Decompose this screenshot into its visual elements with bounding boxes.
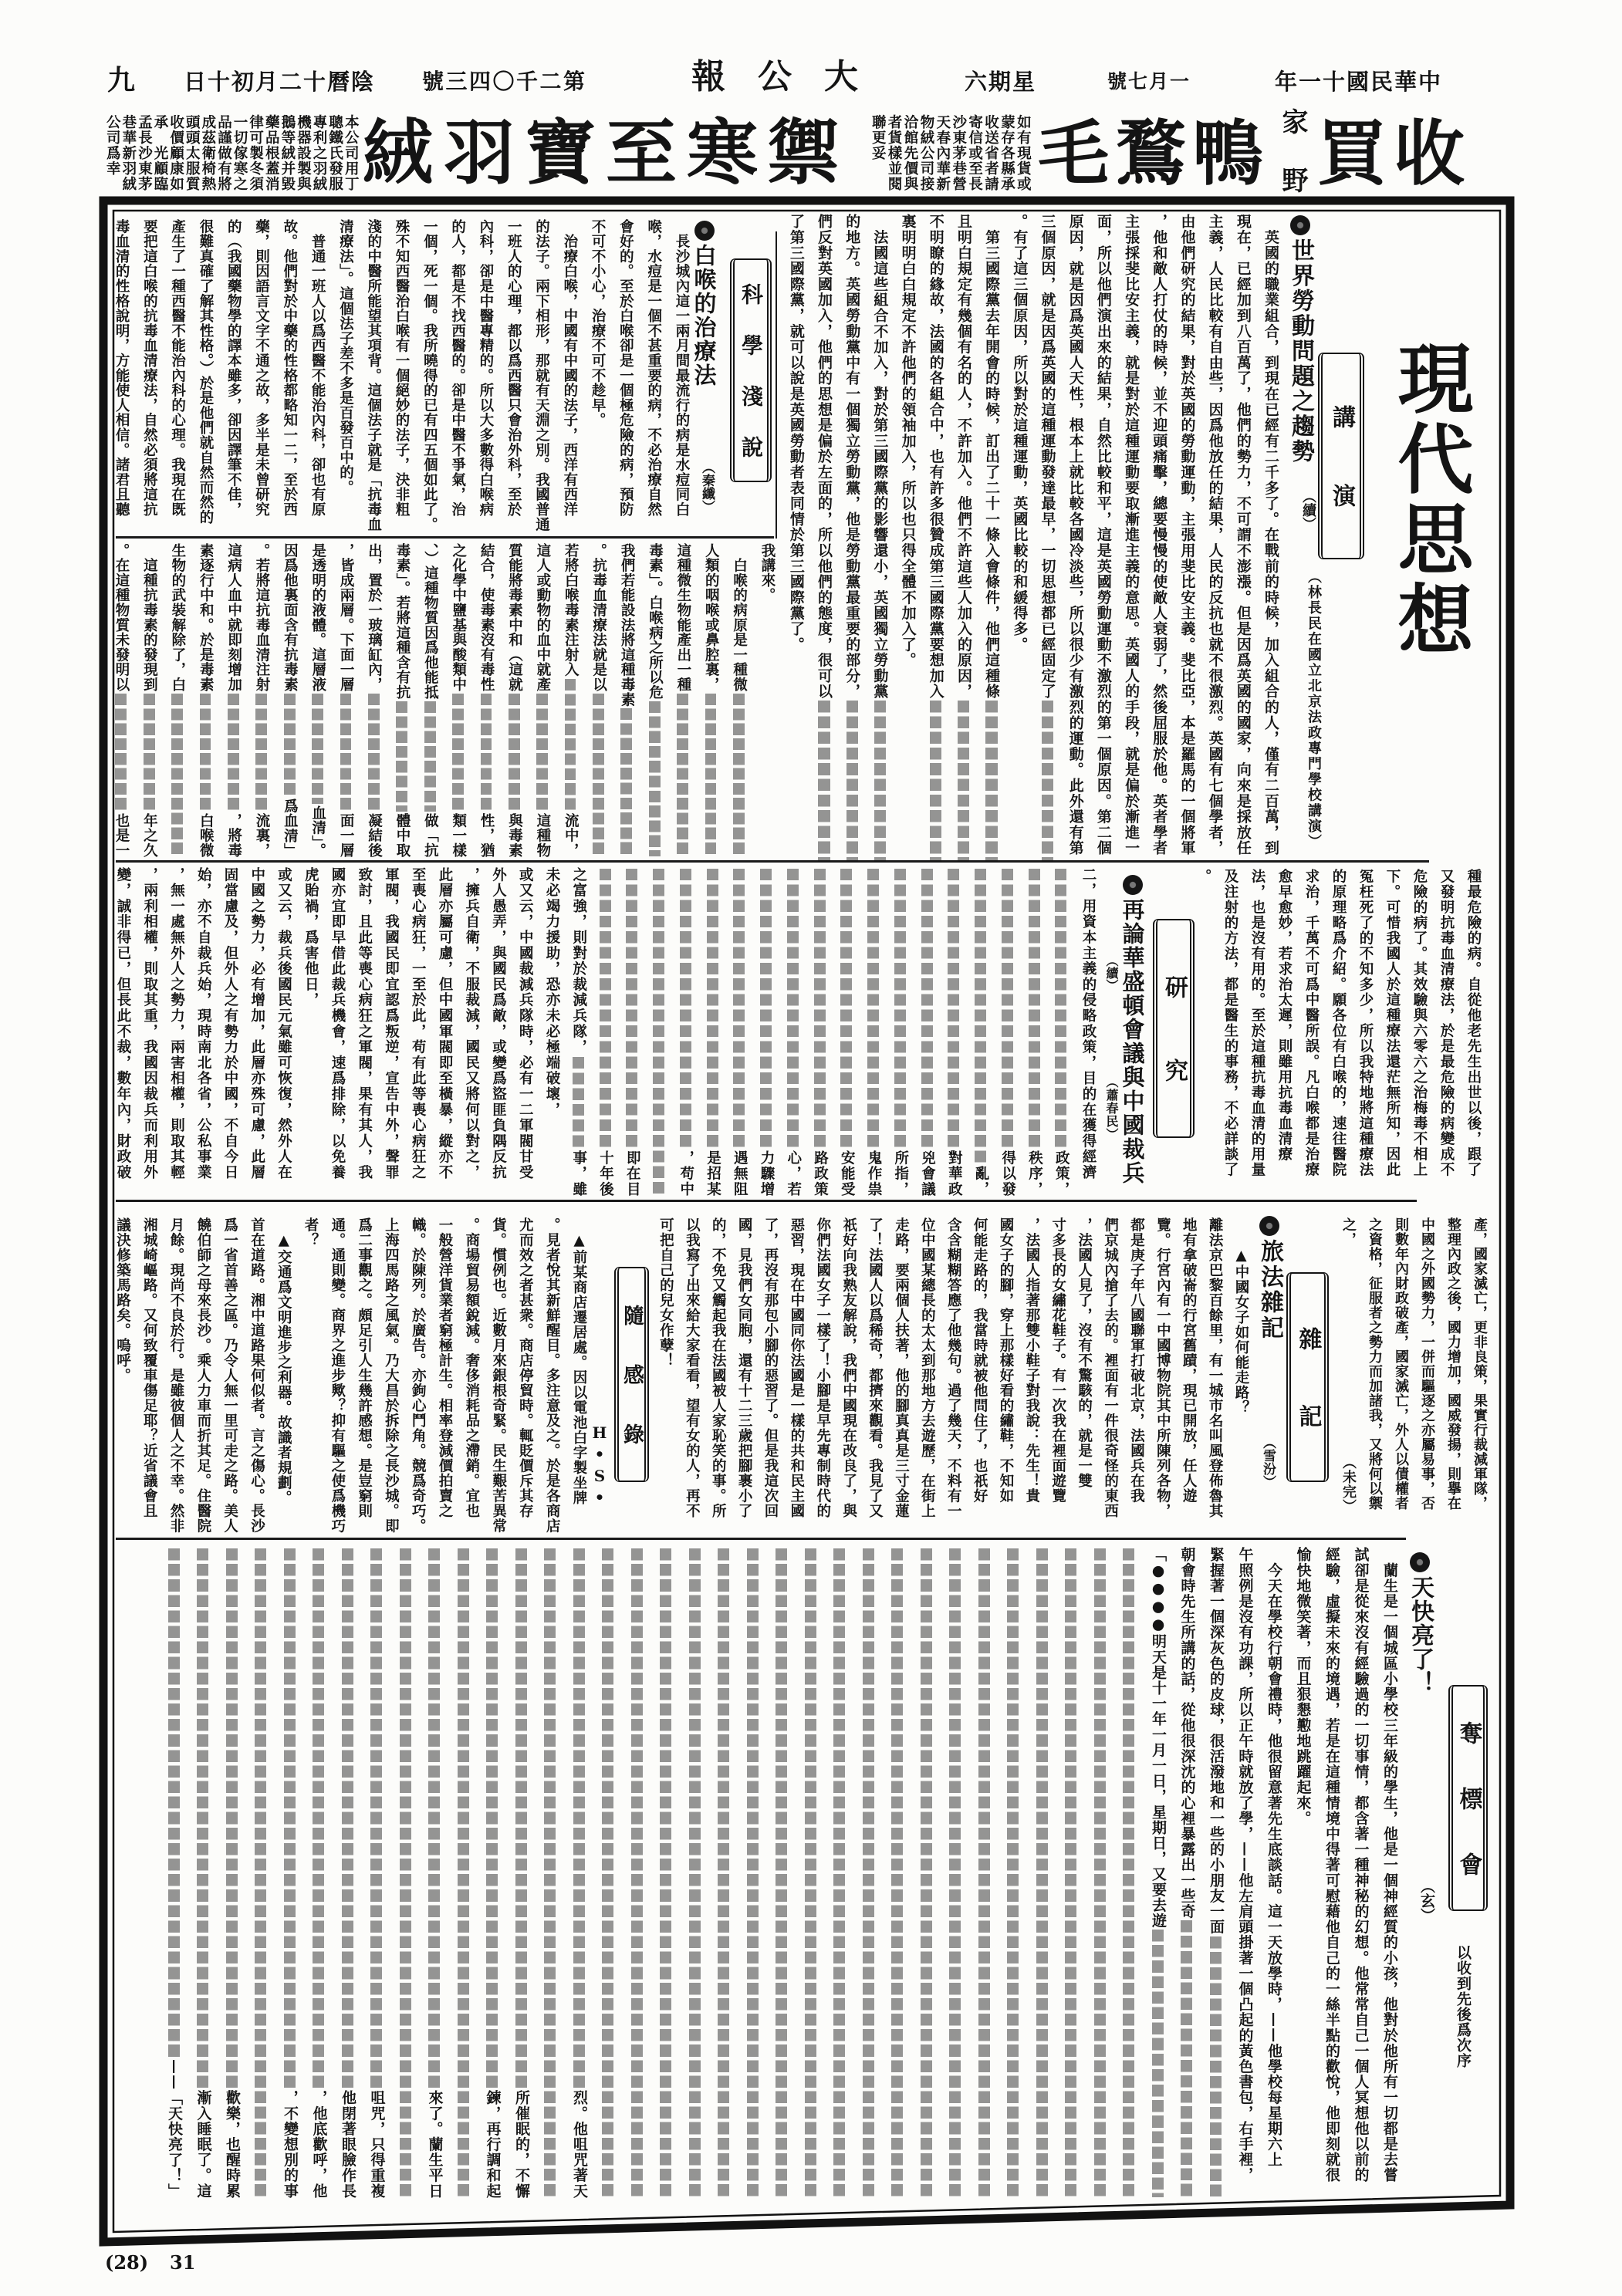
illegible-text-texture	[921, 1548, 932, 2197]
text-column: 的地方。英國勞動黨中有一個獨立勞動黨，他是勞動黨最重要的部分，	[838, 214, 866, 863]
newspaper-page: 九 陰曆十二月初十日 第二千〇四三號 大公報 星期六 一月七號 中華民國十一年 …	[0, 0, 1622, 2296]
illegible-text-texture	[863, 1548, 874, 2197]
column-bottom-text: ，不變想別的事	[275, 2090, 305, 2199]
column-bottom-text: 來了。蘭生平日	[420, 2090, 449, 2199]
illegible-text-texture	[284, 694, 296, 797]
text-column: 。在這種物質未發明以也是一	[107, 543, 135, 858]
column-text: 原因，就是因爲英國人天性，根本上就比較各國冷淡些，所以很少有激烈的運動。此外還有…	[1062, 214, 1090, 856]
section-tag-miscellany: 雜記	[1286, 1272, 1329, 1482]
illegible-text-texture	[626, 869, 637, 1149]
text-column: 我們若能設法將這種毒素	[613, 543, 640, 858]
column-text: 貨。慣例也。近數月來銀根奇緊。民生艱苦異常	[485, 1217, 512, 1534]
contest-body: 蘭生是一個城區小學校三年級的學生，他是一個神經質的小孩，他對於他所有一切都是去嘗…	[160, 1547, 1404, 2199]
text-column: 惡習，現在中國同你法國是一樣的共和民主國	[783, 1217, 809, 1535]
illegible-text-texture	[544, 1548, 556, 2197]
footer-page-number: 31	[170, 2251, 195, 2274]
text-column: 。抗毒血清療法就是以	[584, 543, 612, 858]
text-column	[796, 1547, 826, 2199]
column-text: 喉，水痘是一個不甚重要的病，不必治療自然	[639, 219, 667, 517]
column-text: 的（我國藥物學的譯本雖多，卻因譯筆不佳，	[219, 219, 247, 517]
column-bottom-text: 凝結後	[360, 813, 387, 858]
headline-text: 旅法雜記	[1252, 1239, 1286, 1341]
column-text: 之富強，則對於裁減兵隊，	[565, 867, 592, 1055]
column-text: 一般營洋貨業者窮極計生。相率登減價拍賣之	[431, 1217, 458, 1518]
text-column: 的原理略爲介紹。願各位有白喉的，速往醫院	[1325, 869, 1352, 1191]
column-bottom-text: 秩序，	[1021, 1150, 1048, 1197]
illegible-text-texture	[255, 1548, 266, 2197]
text-column: 亂，	[967, 867, 994, 1197]
column-bottom-text: 兇會議	[914, 1150, 941, 1197]
section-tag-label: 研究	[1157, 915, 1191, 1142]
column-text: 變，誠非得已，但長此不裁，數年內，財政破	[109, 867, 136, 1180]
text-column: 。見者悅其新鮮醒目。多注意及之。於是各商店	[538, 1217, 565, 1535]
illegible-text-texture	[776, 1548, 787, 2197]
illegible-text-texture	[342, 1548, 353, 2088]
illegible-text-texture	[620, 708, 632, 856]
column-text: 毒素」。若將這種含有抗	[388, 543, 416, 700]
text-column: 一個，死一個。我所曉得的已有四五個如此了。	[415, 219, 443, 535]
text-column: 則數年內財政破產，國家滅亡，外人以債權者	[1387, 1217, 1414, 1514]
column-text: 軍閥，我國民即宜認爲叛逆，宣告中外，聲罪	[377, 867, 404, 1180]
illegible-text-texture	[958, 701, 969, 862]
text-column: 祇好向我熟友解說，我們中國現在改良了，與	[836, 1217, 862, 1535]
illegible-text-texture	[593, 694, 604, 856]
text-column: 或又云，裁兵後國民元氣雖可恢復，然外人在	[270, 867, 297, 1197]
byline: （秦纖）	[698, 461, 717, 513]
illegible-text-texture	[846, 701, 858, 862]
text-column: 含含糊糊答應了他幾句。過了幾天，不料有一	[940, 1217, 966, 1535]
text-column: 又發明抗毒血清療法，於是最危險的病變成不	[1433, 869, 1460, 1191]
text-column: 烈。他咀咒著天	[565, 1547, 594, 2199]
text-column: 且明白規定有幾個有名的人，不許加入。他們不許這些人加入的原因，	[950, 214, 978, 863]
author: （玄）	[1417, 1879, 1438, 1923]
illegible-text-texture	[707, 869, 718, 1149]
column-text: ▲交通爲文明進步之利器。故識者規劃。	[269, 1217, 296, 1505]
illegible-text-texture	[787, 869, 799, 1149]
column-text: 你們法國女子一樣了！小腳是早先專制時代的	[809, 1217, 836, 1518]
column-bottom-text: 體中取	[388, 813, 416, 858]
text-column	[593, 1547, 623, 2199]
text-column: 喉，水痘是一個不甚重要的病，不必治療自然	[639, 219, 667, 535]
column-bottom-text: （未完）	[1335, 1455, 1361, 1514]
text-column: 得以發	[994, 867, 1021, 1197]
illegible-text-texture	[600, 869, 611, 1149]
column-bottom-text: 鬼作祟	[860, 1150, 887, 1197]
illegible-text-texture	[313, 1548, 324, 2088]
illegible-text-texture	[1123, 1548, 1134, 2197]
column-text: 因爲他裏面含有抗毒素	[275, 543, 303, 692]
text-column	[854, 1547, 884, 2199]
text-column: 不明瞭的緣故，法國的各組合中，也有許多很贊成第三國際黨要想加入	[922, 214, 950, 863]
text-column: 爲二事觀之。頗足引人生幾許感想。是豈窮則	[350, 1217, 377, 1535]
illegible-text-texture	[660, 1548, 671, 2197]
section-bullet-icon	[1259, 1216, 1279, 1236]
column-text: 法，也是沒有用的。至於這種抗毒血清的用量	[1244, 869, 1271, 1177]
column-text: 固當慮及，但外人之有勢力於中國，不自今日	[216, 867, 243, 1180]
illegible-text-texture	[1181, 1920, 1192, 2197]
text-column: 寸多長的女繡花鞋子。有一次我在裡面遊覽	[1045, 1217, 1071, 1535]
text-column	[999, 1547, 1028, 2199]
text-column: 午照例是沒有功課，所以正午時就放了學，——他左肩頭掛著一個凸起的黃色書包，右手裡…	[1230, 1547, 1259, 2199]
column-text: 。在這種物質未發明以	[107, 543, 135, 692]
text-column	[391, 1547, 421, 2199]
text-column: 覽。行宮內有一中國博物院其中所陳列各物，	[1149, 1217, 1175, 1535]
text-column: ，無一處無外人之勢力，兩害相權，則取其輕	[163, 867, 190, 1197]
illegible-text-texture	[985, 701, 997, 862]
text-column: 產，國家滅亡，更非良策，果實行裁減軍隊，	[1466, 1217, 1492, 1514]
column-text: 結合，使毒素沒有毒性	[472, 543, 500, 692]
text-column: 國女子的腳，穿上那樣好看的繡鞋，不知如	[992, 1217, 1019, 1535]
column-text: 今天在學校行朝會禮時，他很留意著先生底談話。這一天放學時，——他學校每星期六上	[1259, 1547, 1289, 2167]
text-column: 之資格，征服者之勢力而加諸我，又將何以禦	[1361, 1217, 1387, 1514]
column-text: 幟。於陳列。於廣告。亦鉤心鬥角。競爲奇巧。	[404, 1217, 431, 1534]
text-column: 一般營洋貨業者窮極計生。相率登減價拍賣之	[431, 1217, 458, 1535]
headline-text: 再論華盛頓會議與中國裁兵	[1117, 898, 1149, 1185]
text-column: 毒素」。若將這種含有抗體中取	[388, 543, 416, 858]
text-column: 這病人血中就即刻增加，將毒	[219, 543, 247, 858]
column-text: 。商場貿易額銳減。奢侈消耗品之滯銷。宜也	[458, 1217, 485, 1518]
column-text: 未必竭力援助，恐亦未必極端破壞，	[538, 867, 565, 1118]
column-text: 素逐行中和。於是毒素	[191, 543, 219, 692]
illegible-text-texture	[867, 869, 879, 1149]
section-bullet-icon	[1410, 1552, 1430, 1572]
column-text: 若將白喉毒素注射入	[556, 543, 584, 677]
science-body-tier-b: 我講來。 白喉的病原是一種微人類的咽喉或鼻腔裏，這種微生物能產出一種毒素」。白喉…	[106, 543, 781, 858]
illegible-text-texture	[948, 869, 959, 1149]
illegible-text-texture	[255, 694, 267, 812]
section-bullet-icon	[1290, 215, 1310, 235]
column-text: 爲二事觀之。頗足引人生幾許感想。是豈窮則	[350, 1217, 377, 1518]
column-text: 這種抗毒素的發現到	[135, 543, 163, 692]
column-text: 或又云，裁兵後國民元氣雖可恢復，然外人在	[270, 867, 297, 1180]
text-column: 兇會議	[914, 867, 941, 1197]
text-column: 路政策	[806, 867, 833, 1197]
column-text: 覽。行宮內有一中國博物院其中所陳列各物，	[1149, 1217, 1175, 1518]
column-text: 愈早愈妙，若求治太遲，則雖用抗毒血清療	[1271, 869, 1298, 1162]
column-text: 毒素」。白喉病之所以危	[640, 543, 668, 700]
text-column: 遇無阻	[726, 867, 753, 1197]
section-tag-label: 雜記	[1291, 1273, 1325, 1481]
column-text: 清療法」。這個法子差不多是百發百中的。	[331, 219, 359, 495]
text-column: 因爲他裏面含有抗毒素爲血清」	[275, 543, 303, 858]
column-text: 離法京巴黎百餘里，有一城市名叫風登佈魯其	[1201, 1217, 1228, 1518]
text-column: 來了。蘭生平日	[420, 1547, 449, 2199]
illegible-text-texture	[284, 1548, 296, 2088]
text-column: 產生了一種西醫不能治內科的心理。我現在既	[163, 219, 191, 535]
column-text: 我們若能設法將這種毒素	[613, 543, 640, 707]
text-column: 月餘。現尚不良於行。是雖彼個人之不幸。然非	[162, 1217, 189, 1535]
column-bottom-text: ，他底歡呼，他	[304, 2090, 333, 2199]
text-column: 治療白喉，中國有中國的法子，西洋有西洋	[556, 219, 583, 535]
column-bottom-text: 十年後	[592, 1150, 619, 1197]
column-text: 我講來。	[753, 543, 781, 603]
text-column: 人類的咽喉或鼻腔裏，	[697, 543, 725, 858]
text-column: 歡樂，也醒時累	[218, 1547, 247, 2199]
text-column: ▲前某商店遷居處。因以電池白字製坐牌	[565, 1217, 592, 1535]
column-text: 走路，要兩個人扶著，他的腳真真是三寸金蓮	[888, 1217, 914, 1518]
tier-rule	[116, 1200, 1417, 1202]
column-text: 爲一省首善之區。乃令人無一里可走之路。美人	[216, 1217, 243, 1534]
text-column: 變，誠非得已，但長此不裁，數年內，財政破	[109, 867, 136, 1197]
text-column: 的人，都是不找西醫的。卻是中醫不爭氣，治	[443, 219, 471, 535]
column-text: ▲中國女子如何能走路？	[1228, 1217, 1254, 1415]
column-text: 之資格，征服者之勢力而加諸我，又將何以禦	[1361, 1217, 1387, 1511]
illegible-text-texture	[733, 869, 745, 1149]
text-column: 至喪心病狂，一至於此，苟有此等喪心病狂之	[404, 867, 431, 1197]
column-text: 內科，卻是中醫專精的。所以大多數得白喉病	[471, 219, 499, 517]
column-text: 了第三國際黨，就可以說是英國勞動者表同情於第三國際黨了。	[782, 214, 810, 652]
column-text: 經驗，虛擬未來的境遇，若是在這種情境中得著可慰藉他自己的一絲半點的歡悅，他即刻就…	[1317, 1547, 1347, 2183]
column-text: 第三國際黨去年開會的時候，訂出了二十一條入會條件，他們這種條	[978, 214, 1005, 699]
column-text: 不可不小心，治療不可不趁早。	[583, 219, 611, 427]
illegible-text-texture	[1036, 1548, 1048, 2197]
column-text: 很難真確了解其性格。）於是他們就自然而然的	[191, 219, 219, 525]
column-text: 不明瞭的緣故，法國的各組合中，也有許多很贊成第三國際黨要想加入	[922, 214, 950, 699]
illegible-text-texture	[370, 1548, 382, 2088]
text-column: 主張採斐比安主義，就是對於這種運動要取漸進主義的意思。英國人的手段，就是偏於漸進…	[1117, 214, 1145, 863]
column-text: 下。可惜我國人於這種療法還茫無所知，因此	[1379, 869, 1406, 1177]
section-tag-label: 講演	[1324, 349, 1358, 562]
text-column: 白喉的病原是一種微	[725, 543, 752, 858]
text-column: 我講來。	[753, 543, 781, 858]
text-column: 素逐行中和。於是毒素白喉微	[191, 543, 219, 858]
column-text: 普通一班人以爲西醫不能治內科，卻也有原	[303, 219, 331, 517]
text-column: 固當慮及，但外人之有勢力於中國，不自今日	[216, 867, 243, 1197]
column-bottom-text: 流裏，	[248, 813, 275, 858]
text-column: 緊握著一個深灰色的皮球，很活潑地和一些的小朋友一面	[1201, 1547, 1231, 2199]
text-column: 們反對英國加入，他們的思想是偏於左面的，所以他們的態度，很可以	[810, 214, 838, 863]
illegible-text-texture	[515, 1548, 527, 2088]
column-text: 毒血清的性格說明，方能使人相信。諸君且聽	[107, 219, 135, 517]
illegible-text-texture	[631, 1548, 643, 2197]
column-text: 冤枉死了的不知多少，所以我特地將這種療法	[1352, 869, 1379, 1177]
column-text: 或又云，中國裁減兵隊時，必有一二軍閥甘受	[512, 867, 539, 1180]
illegible-text-texture	[760, 869, 772, 1149]
illegible-text-texture	[144, 694, 155, 812]
column-text: 致討，且此等喪心病狂之軍閥，果有其人，我	[350, 867, 377, 1180]
column-text: 。若將這抗毒血清注射	[248, 543, 275, 692]
column-text: 殊不知西醫治白喉有一個絕妙的法子，決非粗	[387, 219, 415, 517]
column-bottom-text: 血清」。	[303, 805, 331, 858]
column-text: 中國之外國勢力，一併而驅逐之亦屬易事，否	[1414, 1217, 1440, 1511]
section-tag-thoughts: 隨感錄	[614, 1267, 649, 1482]
illegible-text-texture	[400, 1548, 411, 2197]
illegible-text-texture	[975, 869, 986, 1164]
text-column: 很難真確了解其性格。）於是他們就自然而然的	[191, 219, 219, 535]
column-text: 。見者悅其新鮮醒目。多注意及之。於是各商店	[538, 1217, 565, 1534]
text-column: 所催眠的，不懈	[507, 1547, 536, 2199]
text-column: 他閉著眼臉作長	[333, 1547, 363, 2199]
text-column: 生物的武裝解除了，白	[163, 543, 191, 858]
illegible-text-texture	[428, 1548, 440, 2088]
text-column: 了！法國人以爲稀奇，都擠來觀看。我見了又	[862, 1217, 888, 1535]
text-column: 十年後	[592, 867, 619, 1197]
column-text: ▲前某商店遷居處。因以電池白字製坐牌	[565, 1217, 592, 1505]
text-column: 原因，就是因爲英國人天性，根本上就比較各國冷淡些，所以很少有激烈的運動。此外還有…	[1062, 214, 1090, 863]
illegible-text-texture	[1065, 1548, 1076, 2197]
column-text: 地有拿破崙的行宮舊蹟，現已開放，任人遊	[1175, 1217, 1201, 1504]
column-bottom-text: ，苟中	[672, 1150, 699, 1197]
text-column: 始，亦不自裁兵始，現時南北各省，公私事業	[190, 867, 217, 1197]
column-text: 生物的武裝解除了，白	[163, 543, 191, 692]
column-text: 的人，都是不找西醫的。卻是中醫不爭氣，治	[443, 219, 471, 517]
text-column: 蘭生是一個城區小學校三年級的學生，他是一個神經質的小孩，他對於他所有一切都是去嘗	[1375, 1547, 1404, 2199]
column-text: 危險的病了。其效驗與六零六之治梅毒不相上	[1406, 869, 1433, 1177]
text-column: 以我寫了出來給大家看看，望有女的人，再不	[678, 1217, 705, 1535]
byline: （林長民在國立北京法政專門學校講演）	[1303, 569, 1323, 850]
text-column: 的（我國藥物學的譯本雖多，卻因譯筆不佳，	[219, 219, 247, 535]
column-text: 月餘。現尚不良於行。是雖彼個人之不幸。然非	[162, 1217, 189, 1534]
text-column: ，不變想別的事	[275, 1547, 305, 2199]
column-bottom-text: 與毒素	[500, 813, 528, 858]
text-column: ▲中國女子如何能走路？	[1228, 1217, 1254, 1535]
text-column: 殊不知西醫治白喉有一個絕妙的法子，決非粗	[387, 219, 415, 535]
column-text: 種最危險的病。自從他老先生出世以後，跟了	[1460, 869, 1487, 1177]
text-column: 心，若	[779, 867, 806, 1197]
column-text: ，皆成兩層。下面一層	[332, 543, 360, 692]
text-column	[941, 1547, 970, 2199]
text-column: 結合，使毒素沒有毒性性，猶	[472, 543, 500, 858]
column-text: 、）這種物質因爲他能抵	[416, 543, 444, 700]
text-column	[651, 1547, 681, 2199]
column-bottom-text: 是招某	[699, 1150, 726, 1197]
column-text: 一班人的心理，都以爲西醫只會治外科，至於	[499, 219, 527, 517]
text-column: 秩序，	[1021, 867, 1048, 1197]
text-column: 整理內政之後，國力增加，國威發揚，則擧在	[1440, 1217, 1466, 1514]
illegible-text-texture	[1002, 869, 1013, 1149]
illegible-text-texture	[573, 1548, 585, 2088]
column-text: 的，不免又觸起我在法國被人家恥笑的事。所	[705, 1217, 731, 1518]
text-column: 主義，人民比較有自由些，因爲他放任的結果，人民的反抗也就不很激烈。英國有七個學者…	[1201, 214, 1228, 863]
text-column: 危險的病了。其效驗與六零六之治梅毒不相上	[1406, 869, 1433, 1191]
column-text: 產生了一種西醫不能治內科的心理。我現在既	[163, 219, 191, 517]
text-column: 鍊，再行調和起	[478, 1547, 507, 2199]
text-column: 毒血清的性格說明，方能使人相信。諸君且聽	[107, 219, 135, 535]
text-column: 爲一省首善之區。乃令人無一里可走之路。美人	[216, 1217, 243, 1535]
column-bottom-text: 咀咒，只得重複	[362, 2090, 391, 2199]
column-bottom-text: 性，猶	[472, 813, 500, 858]
column-text: ，法國人指著那雙小鞋子對我說：先生！貴	[1019, 1217, 1045, 1504]
text-column: 愉快地微笑著，而且狠懇懃地跳躍起來。	[1288, 1547, 1317, 2199]
illegible-text-texture	[1094, 1548, 1106, 2197]
column-text: 寸多長的女繡花鞋子。有一次我在裡面遊覽	[1045, 1217, 1071, 1504]
column-text: 中國之勢力，必有增加，此層亦殊可慮，此層	[243, 867, 270, 1180]
column-bottom-text: 安能受	[833, 1150, 860, 1197]
column-bottom-text: ——「天快亮了！」	[160, 2059, 189, 2199]
column-bottom-text: 得以發	[994, 1150, 1021, 1197]
text-column: 離法京巴黎百餘里，有一城市名叫風登佈魯其	[1201, 1217, 1228, 1535]
text-column	[709, 1547, 738, 2199]
text-column: 現在，已經加到八百萬了，他們的勢力，不可謂不澎漲。但是因爲英國的國家，向來是採放…	[1229, 214, 1257, 863]
column-bottom-text: 所催眠的，不懈	[507, 2090, 536, 2199]
text-column: 淺的中醫所能望其項背。這個法子就是「抗毒血	[359, 219, 387, 535]
research-body: 二，用資本主義的侵略政策，目的在獲得經濟政策，秩序，得以發亂，對華政兇會議所指，…	[109, 867, 1101, 1197]
text-column: 湘城崎嶇路。又何致覆車傷足耶？近省議會且	[135, 1217, 162, 1535]
illegible-text-texture	[424, 701, 436, 812]
text-column: 饒伯師之母來長沙。乘人力車而折其足。住醫院	[189, 1217, 216, 1535]
column-text: 英國的職業組合，到現在已經有二千多了。在戰前的時候，加入組合的人，僅有二百萬，到	[1257, 214, 1285, 856]
column-text: 以我寫了出來給大家看看，望有女的人，再不	[678, 1217, 705, 1518]
column-text: 面，所以他們演出來的結果，自然比較和平，這是英國勞動運動不激烈的第一個原因。第二…	[1090, 214, 1117, 856]
text-column	[1114, 1547, 1144, 2199]
text-column	[912, 1547, 941, 2199]
text-column: 了第三國際黨，就可以說是英國勞動者表同情於第三國際黨了。	[782, 214, 810, 863]
illegible-text-texture	[747, 1548, 759, 2197]
column-text: 惡習，現在中國同你法國是一樣的共和民主國	[783, 1217, 809, 1518]
text-column: 質能將毒素中和（這就與毒素	[500, 543, 528, 858]
text-column: 毒素」。白喉病之所以危	[640, 543, 668, 858]
author: H•S•	[590, 1423, 609, 1510]
section-tag-science: 科學淺說	[730, 258, 772, 482]
science-body-tier-c: 種最危險的病。自從他老先生出世以後，跟了又發明抗毒血清療法，於是最危險的病變成不…	[1190, 869, 1487, 1191]
column-text: 試卻是從來沒有經驗過的一切事情，都含著一種神秘的幻想。他常常自己一個人冥想他以前…	[1346, 1547, 1375, 2183]
text-column	[681, 1547, 710, 2199]
text-column: 力驟增	[752, 867, 779, 1197]
column-bottom-text: 所指，	[887, 1150, 914, 1197]
column-bottom-text: 力驟增	[752, 1150, 779, 1197]
text-column: 何能走路的，我當時就被他問住了，也祇好	[966, 1217, 992, 1535]
byline: （蕭春民）	[1103, 1075, 1120, 1141]
illegible-text-texture	[1152, 1930, 1164, 2197]
column-text: 至喪心病狂，一至於此，苟有此等喪心病狂之	[404, 867, 431, 1180]
text-column: 裏明明白白規定不許他們的領袖加入，所以也只得全體不加入了。	[894, 214, 921, 863]
column-text: 又發明抗毒血清療法，於是最危險的病變成不	[1433, 869, 1460, 1177]
text-column: 第三國際黨去年開會的時候，訂出了二十一條入會條件，他們這種條	[978, 214, 1005, 863]
column-divider	[776, 231, 777, 539]
illegible-text-texture	[312, 694, 323, 804]
text-column: 上海四馬路之風氣。乃大昌於拆除之長沙城。即	[377, 1217, 404, 1535]
column-text: 了，再沒有那包小腳的惡習了。但是我這次回	[757, 1217, 783, 1518]
column-text: 三個原因，就是因爲英國的這種運動發達最早，一切思想都已經固定了	[1033, 214, 1061, 699]
research-body-end: 產，國家滅亡，更非良策，果實行裁減軍隊，整理內政之後，國力增加，國威發揚，則擧在…	[1335, 1217, 1492, 1514]
illegible-text-texture	[1042, 701, 1053, 862]
text-column	[1028, 1547, 1057, 2199]
text-column: 所指，	[887, 867, 914, 1197]
text-column: 之化學中鹽基與酸類中類一樣	[444, 543, 471, 858]
column-bottom-text: 鍊，再行調和起	[478, 2090, 507, 2199]
text-column: ，他底歡呼，他	[304, 1547, 333, 2199]
column-text: 長沙城內這一兩月間最流行的病是水痘同白	[667, 219, 695, 517]
text-column: 的，不免又觸起我在法國被人家恥笑的事。所	[705, 1217, 731, 1535]
text-column: 外人愚弄，與國民爲敵，或變爲盜匪負隅反抗	[485, 867, 512, 1197]
text-column: 由他們研究的結果，對於英國的勞動運動，主張用斐比安主義。斐比亞，本是羅馬的一個將…	[1173, 214, 1201, 863]
text-column: ，法國人見了，沒有不驚駭的，就是一雙	[1071, 1217, 1097, 1535]
illegible-text-texture	[197, 1548, 208, 2088]
column-text: 蘭生是一個城區小學校三年級的學生，他是一個神經質的小孩，他對於他所有一切都是去嘗	[1375, 1547, 1404, 2183]
illegible-text-texture	[340, 694, 352, 812]
headline-research: 再論華盛頓會議與中國裁兵	[1119, 875, 1147, 1185]
column-text: 位中國某總長的太太到那地方去遊歷，在街上	[914, 1217, 940, 1518]
column-bottom-text: 即在目	[619, 1150, 646, 1197]
illegible-text-texture	[171, 694, 183, 856]
column-text: 通。通則變。商界之進步歟？抑有驅之使爲機巧	[323, 1217, 350, 1534]
column-text: 白喉的病原是一種微	[725, 543, 752, 692]
column-text: 始，亦不自裁兵始，現時南北各省，公私事業	[190, 867, 217, 1180]
column-text: 淺的中醫所能望其項背。這個法子就是「抗毒血	[359, 219, 387, 532]
column-text: 治療白喉，中國有中國的法子，西洋有西洋	[556, 219, 583, 517]
text-column: ▲交通爲文明進步之利器。故識者規劃。	[269, 1217, 296, 1535]
text-column: 此層亦屬可慮，但中國軍閥即至橫暴，縱亦不	[431, 867, 458, 1197]
illegible-text-texture	[228, 694, 239, 812]
column-text: ，兩利相權，則取其重，我國因裁兵而利用外	[136, 867, 163, 1180]
text-column: 之富強，則對於裁減兵隊，事，雖	[565, 867, 592, 1197]
illegible-text-texture	[894, 869, 906, 1149]
illegible-text-texture	[718, 1548, 729, 2197]
column-text: 的地方。英國勞動黨中有一個獨立勞動黨，他是勞動黨最重要的部分，	[838, 214, 866, 699]
text-column: 尤而效之者甚衆。商店停貿時。輒貶價斥其存	[512, 1217, 539, 1535]
column-text: 產，國家滅亡，更非良策，果實行裁減軍隊，	[1466, 1217, 1492, 1511]
column-text: 。	[1190, 869, 1217, 884]
